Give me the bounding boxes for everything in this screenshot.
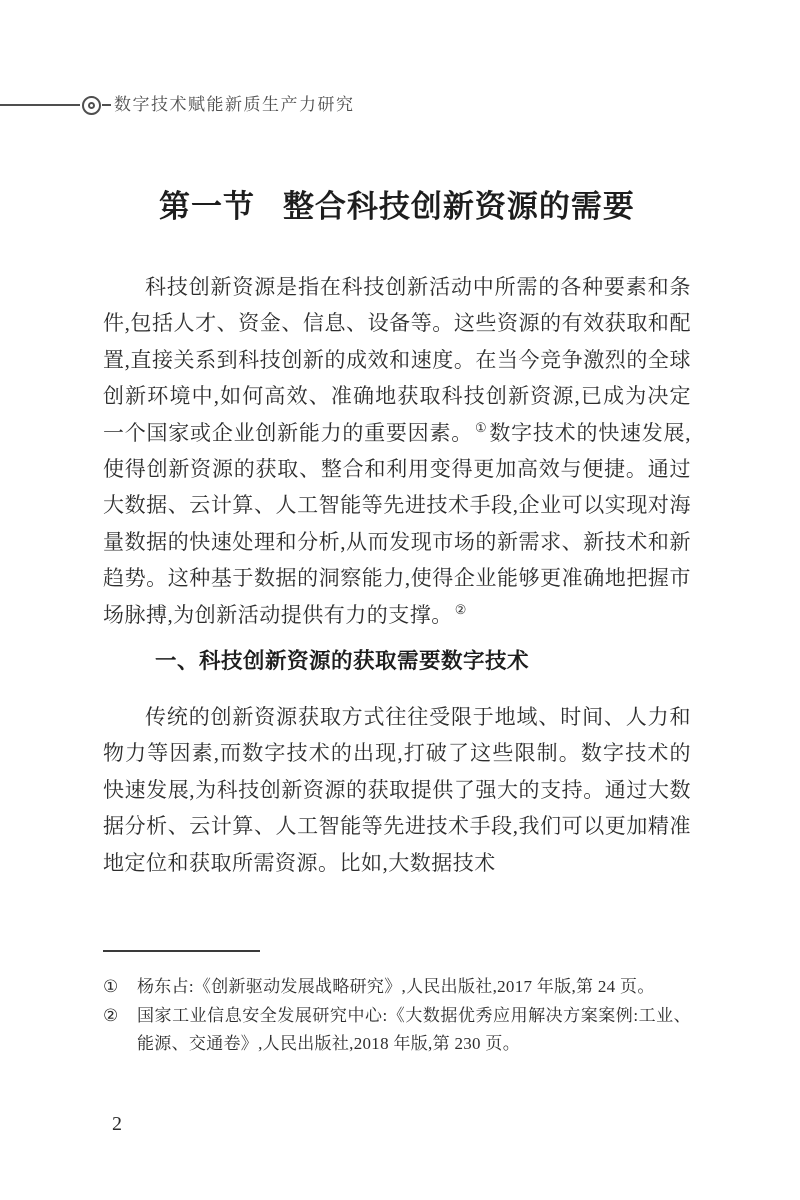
double-circle-icon — [82, 96, 101, 115]
paragraph-1-text-a: 科技创新资源是指在科技创新活动中所需的各种要素和条件,包括人才、资金、信息、设备… — [103, 275, 691, 445]
footnote-item: ② 国家工业信息安全发展研究中心:《大数据优秀应用解决方案案例:工业、能源、交通… — [103, 1002, 691, 1059]
subsection-heading: 一、科技创新资源的获取需要数字技术 — [103, 643, 691, 679]
footnote-marker-2: ② — [103, 1002, 137, 1059]
double-circle-icon-inner — [88, 102, 95, 109]
footnote-text-1: 杨东占:《创新驱动发展战略研究》,人民出版社,2017 年版,第 24 页。 — [137, 973, 691, 1002]
page-body: 第一节整合科技创新资源的需要 科技创新资源是指在科技创新活动中所需的各种要素和条… — [103, 186, 691, 881]
footnote-ref-2: ② — [455, 602, 467, 617]
paragraph-2: 传统的创新资源获取方式往往受限于地域、时间、人力和物力等因素,而数字技术的出现,… — [103, 699, 691, 881]
running-header-book-title: 数字技术赋能新质生产力研究 — [114, 95, 355, 115]
running-header: 数字技术赋能新质生产力研究 — [0, 0, 800, 130]
section-number: 第一节 — [159, 189, 255, 224]
page-number: 2 — [112, 1112, 122, 1136]
footnote-marker-1: ① — [103, 973, 137, 1002]
footnote-area: ① 杨东占:《创新驱动发展战略研究》,人民出版社,2017 年版,第 24 页。… — [103, 950, 691, 1059]
footnote-separator-line — [103, 950, 260, 952]
footnote-ref-1: ① — [475, 420, 487, 435]
header-dash-line — [102, 104, 111, 106]
book-page: { "colors": { "ink": "#2c2c2c", "header_… — [0, 0, 800, 1200]
paragraph-1: 科技创新资源是指在科技创新活动中所需的各种要素和条件,包括人才、资金、信息、设备… — [103, 269, 691, 633]
section-title-text: 整合科技创新资源的需要 — [283, 189, 635, 224]
footnote-list: ① 杨东占:《创新驱动发展战略研究》,人民出版社,2017 年版,第 24 页。… — [103, 973, 691, 1059]
footnote-text-2: 国家工业信息安全发展研究中心:《大数据优秀应用解决方案案例:工业、能源、交通卷》… — [137, 1002, 691, 1059]
header-rule-line — [0, 104, 80, 106]
paragraph-1-text-b: 数字技术的快速发展,使得创新资源的获取、整合和利用变得更加高效与便捷。通过大数据… — [103, 421, 691, 627]
footnote-item: ① 杨东占:《创新驱动发展战略研究》,人民出版社,2017 年版,第 24 页。 — [103, 973, 691, 1002]
section-title: 第一节整合科技创新资源的需要 — [103, 186, 691, 228]
